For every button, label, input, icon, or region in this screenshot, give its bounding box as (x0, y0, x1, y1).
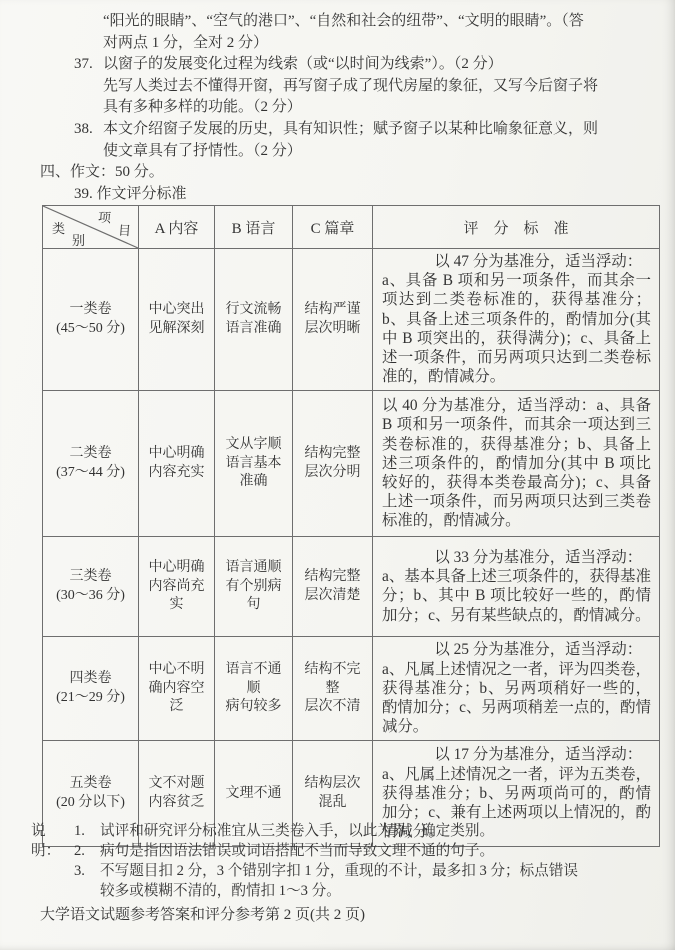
rubric-cell: 以 25 分为基准分，适当浮动： a、凡属上述情况之一者，评为四类卷，获得基准分… (373, 637, 660, 741)
table-header-row: 项 目 类 别 A 内容 B 语言 C 篇章 评 分 标 准 (43, 206, 660, 249)
page-footer: 大学语文试题参考答案和评分参考第 2 页(共 2 页) (40, 903, 365, 924)
content-cell: 中心明确 内容充实 (139, 391, 215, 537)
language-cell: 语言通顺 有个别病 句 (215, 537, 293, 637)
scanned-document-page: “阳光的眼睛”、“空气的港口”、“自然和社会的纽带”、“文明的眼睛”。（答 对两… (0, 0, 675, 950)
corner-category-label-char: 别 (72, 234, 85, 247)
language-cell: 语言不通 顺 病句较多 (215, 637, 293, 741)
corner-item-label-char: 目 (118, 224, 132, 238)
content-cell: 中心突出 见解深刻 (139, 249, 215, 391)
corner-item-label-char: 项 (98, 211, 112, 225)
note-number: 3. (74, 861, 100, 901)
structure-cell: 结构不完 整 层次不清 (293, 637, 373, 741)
structure-cell: 结构严谨 层次明晰 (293, 249, 373, 391)
table-row-grade1: 一类卷 (45～50 分) 中心突出 见解深刻 行文流畅 语言准确 结构严谨 层… (43, 249, 660, 391)
rubric-cell: 以 40 分为基准分，适当浮动：a、具备 B 项和另一项条件，而其余一项达到三类… (373, 391, 660, 537)
item-number: 37. (74, 54, 103, 119)
grade-cell: 四类卷 (21～29 分) (43, 637, 139, 741)
notes-section: 说明： 1. 试评和研究评分标准宜从三类卷入手，以此为界，确定类别。 2. 病句… (31, 821, 657, 901)
note-item: 2. 病句是指因语法错误或词语搭配不当而导致文理不通的句子。 (74, 841, 578, 861)
corner-category-label-char: 类 (52, 222, 65, 235)
item-text: 以窗子的发展变化过程为线索（或“以时间为线索”）。（2 分） 先写人类过去不懂得… (103, 54, 646, 119)
item-number: 38. (74, 119, 103, 162)
note-item: 1. 试评和研究评分标准宜从三类卷入手，以此为界，确定类别。 (74, 821, 578, 841)
answer-item-38: 38. 本文介绍窗子发展的历史，具有知识性；赋予窗子以某种比喻象征意义，则 使文… (40, 119, 646, 162)
grade-cell: 二类卷 (37～44 分) (43, 391, 139, 537)
essay-scoring-table: 项 目 类 别 A 内容 B 语言 C 篇章 评 分 标 准 一类卷 (45～5… (42, 205, 660, 847)
rubric-cell: 以 33 分为基准分，适当浮动： a、基本具备上述三项条件的，获得基准分；b、其… (373, 537, 660, 637)
language-cell: 行文流畅 语言准确 (215, 249, 293, 391)
column-header-language: B 语言 (215, 206, 293, 249)
grade-cell: 一类卷 (45～50 分) (43, 249, 139, 391)
section-heading: 四、作文：50 分。 (40, 162, 646, 184)
item-text: 本文介绍窗子发展的历史，具有知识性；赋予窗子以某种比喻象征意义，则 使文章具有了… (103, 119, 646, 162)
note-number: 1. (74, 821, 100, 841)
content-cell: 中心不明 确内容空 泛 (139, 637, 215, 741)
table-row-grade4: 四类卷 (21～29 分) 中心不明 确内容空 泛 语言不通 顺 病句较多 结构… (43, 637, 660, 741)
rubric-cell: 以 47 分为基准分，适当浮动： a、具备 B 项和另一项条件，而其余一项达到二… (373, 249, 660, 391)
column-header-structure: C 篇章 (293, 206, 373, 249)
note-number: 2. (74, 841, 100, 861)
structure-cell: 结构完整 层次清楚 (293, 537, 373, 637)
answer-item-37: 37. 以窗子的发展变化过程为线索（或“以时间为线索”）。（2 分） 先写人类过… (40, 54, 646, 119)
notes-list: 1. 试评和研究评分标准宜从三类卷入手，以此为界，确定类别。 2. 病句是指因语… (74, 821, 578, 901)
structure-cell: 结构完整 层次分明 (293, 391, 373, 537)
answer-36-continuation: “阳光的眼睛”、“空气的港口”、“自然和社会的纽带”、“文明的眼睛”。（答 对两… (40, 11, 646, 54)
subsection-heading: 39. 作文评分标准 (40, 184, 646, 206)
notes-label: 说明： (31, 821, 74, 901)
note-text: 试评和研究评分标准宜从三类卷入手，以此为界，确定类别。 (100, 821, 578, 841)
corner-header-cell: 项 目 类 别 (43, 206, 139, 249)
content-cell: 中心明确 内容尚充 实 (139, 537, 215, 637)
table-row-grade3: 三类卷 (30～36 分) 中心明确 内容尚充 实 语言通顺 有个别病 句 结构… (43, 537, 660, 637)
column-header-content: A 内容 (139, 206, 215, 249)
note-text: 病句是指因语法错误或词语搭配不当而导致文理不通的句子。 (100, 841, 578, 861)
table-row-grade2: 二类卷 (37～44 分) 中心明确 内容充实 文从字顺 语言基本 准确 结构完… (43, 391, 660, 537)
answers-section: “阳光的眼睛”、“空气的港口”、“自然和社会的纽带”、“文明的眼睛”。（答 对两… (40, 11, 646, 205)
language-cell: 文从字顺 语言基本 准确 (215, 391, 293, 537)
column-header-criteria: 评 分 标 准 (373, 206, 660, 249)
note-text: 不写题目扣 2 分，3 个错别字扣 1 分，重现的不计，最多扣 3 分；标点错误… (100, 861, 578, 901)
note-item: 3. 不写题目扣 2 分，3 个错别字扣 1 分，重现的不计，最多扣 3 分；标… (74, 861, 578, 901)
grade-cell: 三类卷 (30～36 分) (43, 537, 139, 637)
